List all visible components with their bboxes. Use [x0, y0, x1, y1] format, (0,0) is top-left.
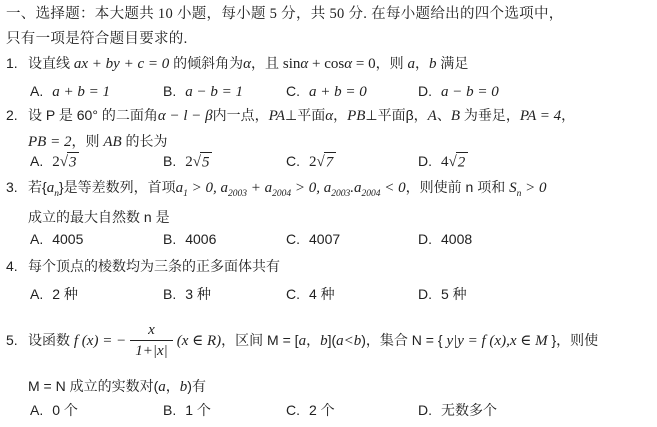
option-value: 4 种 — [309, 286, 335, 302]
question-4-options: A.2 种B.3 种C.4 种D.5 种 — [6, 284, 657, 304]
text-segment: a — [407, 56, 415, 72]
question-5-options: A.0 个B.1 个C.2 个D.无数多个 — [6, 400, 657, 420]
text-segment: 4006 — [185, 231, 216, 247]
option-label: D. — [418, 400, 432, 420]
option-c: C.4 种 — [286, 284, 418, 304]
option-value: 2√5 — [185, 153, 212, 169]
text-segment: ⊥平面β， — [365, 107, 427, 123]
option-value: 2 种 — [52, 286, 78, 302]
text-segment: S — [509, 180, 517, 196]
option-label: B. — [163, 81, 176, 101]
option-a: A.2√3 — [30, 151, 163, 172]
sqrt-radical: √3 — [60, 154, 80, 170]
option-value: 4005 — [52, 231, 83, 247]
option-label: A. — [30, 229, 43, 249]
text-segment: α — [325, 108, 333, 124]
text-segment: )有 — [187, 378, 206, 394]
option-label: C. — [286, 229, 300, 249]
text-segment: 5 种 — [441, 286, 467, 302]
text-segment: 无数多个 — [441, 402, 497, 418]
text-segment: ， — [415, 55, 429, 71]
text-segment: M = N 成立的实数对( — [28, 378, 158, 394]
text-segment: < 0 — [381, 180, 406, 196]
text-segment: > 0, — [188, 180, 221, 196]
option-a: A.0 个 — [30, 400, 163, 420]
text-segment: a − b = 1 — [185, 84, 243, 100]
sqrt-radical: √5 — [193, 154, 213, 170]
text-segment: 满足 — [436, 55, 468, 71]
option-label: C. — [286, 400, 300, 420]
text-segment: ⊥平面 — [285, 107, 325, 123]
option-value: 3 种 — [185, 286, 211, 302]
exam-page: 一、选择题：本大题共 10 小题，每小题 5 分，共 50 分. 在每小题给出的… — [0, 0, 657, 427]
text-segment: a — [158, 379, 166, 395]
text-segment: 若{ — [28, 179, 47, 195]
text-segment: A — [428, 108, 437, 124]
text-segment: 0 个 — [52, 402, 78, 418]
text-segment: a + b = 1 — [52, 84, 110, 100]
subscript: 2004 — [272, 189, 291, 199]
option-value: 无数多个 — [441, 402, 497, 418]
text-segment: + cos — [308, 56, 344, 72]
text-segment: α — [344, 56, 352, 72]
option-label: D. — [418, 81, 432, 101]
option-c: C.4007 — [286, 229, 418, 249]
option-b: B.1 个 — [163, 400, 286, 420]
text-segment: ，则 — [376, 55, 408, 71]
text-segment: 的倾斜角为 — [169, 55, 243, 71]
option-value: 0 个 — [52, 402, 78, 418]
option-label: B. — [163, 229, 176, 249]
text-segment: 设 P 是 60° 的二面角 — [28, 107, 158, 123]
option-b: B.4006 — [163, 229, 286, 249]
text-segment: ， — [166, 378, 180, 394]
question-3-number: 3. — [6, 177, 28, 197]
text-segment: a + b = 0 — [309, 84, 367, 100]
option-label: B. — [163, 284, 176, 304]
question-5-stem: 5.设函数 f (x) = −x1+|x|(x ∈ R)，区间 M = [a，b… — [6, 316, 657, 365]
text-segment: }，则使 — [548, 332, 599, 348]
text-segment: a — [176, 180, 184, 196]
option-a: A.2 种 — [30, 284, 163, 304]
text-segment: > 0, — [291, 180, 324, 196]
question-2-number: 2. — [6, 105, 28, 125]
text-segment: 成立的最大自然数 n 是 — [28, 209, 170, 225]
text-segment: (x ∈ R) — [177, 333, 221, 349]
text-segment: ，则使前 n 项和 — [406, 179, 509, 195]
text-segment: a — [265, 180, 273, 196]
text-segment: ，区间 M = [ — [221, 332, 298, 348]
text-segment: b — [320, 333, 328, 349]
option-label: C. — [286, 81, 300, 101]
text-segment: f (x) = − — [74, 333, 126, 349]
text-segment: 3 种 — [185, 286, 211, 302]
option-label: D. — [418, 151, 432, 171]
text-segment: sin — [283, 56, 301, 72]
text-segment: B — [451, 108, 460, 124]
text-segment: + — [247, 180, 265, 196]
section-header-line-1: 一、选择题：本大题共 10 小题，每小题 5 分，共 50 分. 在每小题给出的… — [6, 4, 657, 24]
text-segment: 1 个 — [185, 402, 211, 418]
text-segment: 的长为 — [122, 133, 168, 149]
option-b: B.3 种 — [163, 284, 286, 304]
text-segment: ，则 — [71, 133, 103, 149]
text-segment: 设函数 — [28, 332, 74, 348]
text-segment: = 0 — [352, 56, 375, 72]
text-segment: 设直线 — [28, 55, 74, 71]
option-b: B.2√5 — [163, 151, 286, 172]
text-segment: a<b — [336, 333, 361, 349]
text-segment: 内一点， — [213, 107, 269, 123]
text-segment: PB — [347, 108, 365, 124]
question-2-text-line-1: 设 P 是 60° 的二面角α − l − β内一点，PA⊥平面α，PB⊥平面β… — [28, 107, 575, 123]
text-segment: a − b = 0 — [441, 84, 499, 100]
text-segment: ]( — [328, 332, 337, 348]
question-3-text-line-1: 若{an}是等差数列，首项a1 > 0, a2003 + a2004 > 0, … — [28, 179, 546, 195]
option-c: C.a + b = 0 — [286, 81, 418, 102]
text-segment: PB = 2 — [28, 134, 71, 150]
question-1-options: A.a + b = 1B.a − b = 1C.a + b = 0D.a − b… — [6, 81, 657, 102]
option-value: 2 个 — [309, 402, 335, 418]
text-segment: 2 个 — [309, 402, 335, 418]
subscript: 2003 — [228, 189, 247, 199]
option-d: D.a − b = 0 — [418, 81, 657, 102]
sqrt-radical: √7 — [317, 154, 337, 170]
text-segment: )，集合 N = { — [361, 332, 446, 348]
option-d: D.5 种 — [418, 284, 657, 304]
option-label: A. — [30, 151, 43, 171]
question-3-text-line-2: 成立的最大自然数 n 是 — [6, 207, 657, 227]
text-segment: 4 — [441, 154, 449, 170]
option-label: B. — [163, 400, 176, 420]
question-3-options: A.4005B.4006C.4007D.4008 — [6, 229, 657, 249]
option-value: 4006 — [185, 231, 216, 247]
text-segment: ，且 — [251, 55, 283, 71]
text-segment: }是等差数列，首项 — [59, 179, 176, 195]
text-segment: a — [299, 333, 307, 349]
text-segment: 4007 — [309, 231, 340, 247]
option-value: 4√2 — [441, 153, 468, 169]
text-segment: y|y = f (x),x ∈ M — [446, 333, 547, 349]
text-segment: 为垂足， — [460, 107, 520, 123]
option-label: A. — [30, 81, 43, 101]
subscript: 2003 — [331, 189, 350, 199]
question-5-text-line-2: M = N 成立的实数对(a，b)有 — [6, 376, 657, 397]
option-value: a − b = 1 — [185, 83, 243, 99]
text-segment: AB — [103, 134, 121, 150]
option-value: a + b = 0 — [309, 83, 367, 99]
question-3-stem: 3.若{an}是等差数列，首项a1 > 0, a2003 + a2004 > 0… — [6, 177, 657, 198]
text-segment: 4 种 — [309, 286, 335, 302]
text-segment: ， — [561, 107, 575, 123]
question-1-text: 设直线 ax + by + c = 0 的倾斜角为α，且 sinα + cosα… — [28, 55, 468, 71]
option-label: A. — [30, 400, 43, 420]
text-segment: α — [243, 56, 251, 72]
option-value: 4007 — [309, 231, 340, 247]
text-segment: a — [354, 180, 362, 196]
option-d: D.4008 — [418, 229, 657, 249]
question-4-stem: 4.每个顶点的棱数均为三条的正多面体共有 — [6, 256, 657, 276]
option-value: a + b = 1 — [52, 83, 110, 99]
text-segment: α − l − β — [158, 108, 213, 124]
text-segment: 每个顶点的棱数均为三条的正多面体共有 — [28, 258, 280, 274]
section-header-line-2: 只有一项是符合题目要求的. — [6, 29, 657, 49]
subscript: 2004 — [362, 189, 381, 199]
question-1-number: 1. — [6, 53, 28, 73]
option-value: 2√7 — [309, 153, 336, 169]
text-segment: a — [221, 180, 229, 196]
question-5-number: 5. — [6, 316, 28, 364]
option-value: 4008 — [441, 231, 472, 247]
text-segment: PA — [269, 108, 285, 124]
option-label: A. — [30, 284, 43, 304]
text-segment: 2 — [185, 154, 193, 170]
option-label: C. — [286, 284, 300, 304]
question-4-text: 每个顶点的棱数均为三条的正多面体共有 — [28, 258, 280, 274]
option-b: B.a − b = 1 — [163, 81, 286, 102]
option-label: C. — [286, 151, 300, 171]
question-2-options: A.2√3B.2√5C.2√7D.4√2 — [6, 151, 657, 172]
question-2-stem: 2.设 P 是 60° 的二面角α − l − β内一点，PA⊥平面α，PB⊥平… — [6, 105, 657, 126]
fraction: x1+|x| — [130, 321, 173, 362]
option-c: C.2√7 — [286, 151, 418, 172]
text-segment: > 0 — [521, 180, 546, 196]
text-segment: PA = 4 — [520, 108, 561, 124]
option-value: 5 种 — [441, 286, 467, 302]
sqrt-radical: √2 — [449, 154, 469, 170]
option-label: B. — [163, 151, 176, 171]
text-segment: 4008 — [441, 231, 472, 247]
option-value: 1 个 — [185, 402, 211, 418]
question-1-stem: 1.设直线 ax + by + c = 0 的倾斜角为α，且 sinα + co… — [6, 53, 657, 74]
text-segment: 2 — [309, 154, 317, 170]
option-label: D. — [418, 284, 432, 304]
option-a: A.4005 — [30, 229, 163, 249]
text-segment: 2 种 — [52, 286, 78, 302]
text-segment: 2 — [52, 154, 60, 170]
text-segment: ax + by + c = 0 — [74, 56, 169, 72]
option-d: D.无数多个 — [418, 400, 657, 420]
option-value: a − b = 0 — [441, 83, 499, 99]
option-label: D. — [418, 229, 432, 249]
text-segment: ， — [306, 332, 320, 348]
option-d: D.4√2 — [418, 151, 657, 172]
question-5-text-line-1: 设函数 f (x) = −x1+|x|(x ∈ R)，区间 M = [a，b](… — [28, 332, 598, 348]
text-segment: ， — [333, 107, 347, 123]
option-value: 2√3 — [52, 153, 79, 169]
text-segment: 、 — [437, 107, 451, 123]
text-segment: 4005 — [52, 231, 83, 247]
question-2-text-line-2: PB = 2，则 AB 的长为 — [6, 131, 657, 152]
question-4-number: 4. — [6, 256, 28, 276]
option-a: A.a + b = 1 — [30, 81, 163, 102]
option-c: C.2 个 — [286, 400, 418, 420]
